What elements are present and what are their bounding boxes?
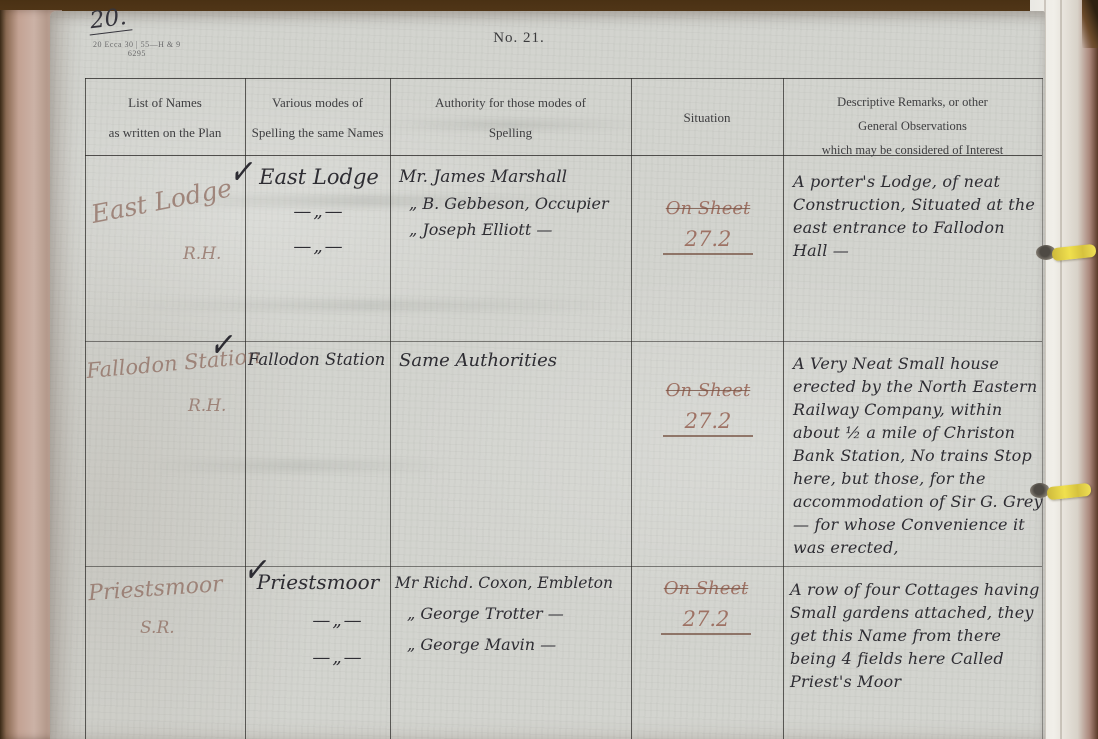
situation-sheet-ref: 27.2 [663,409,754,437]
situation-cell: On Sheet 27.2 [636,578,776,635]
authority-entry: „ George Mavin — [395,635,633,654]
spelling-cell: Priestsmoor —„— —„— [248,570,388,668]
authority-entry: „ George Trotter — [395,604,633,623]
header-line: Authority for those modes of [390,88,631,118]
surveyor-initials: S.R. [140,618,175,638]
header-list-of-names: List of Names as written on the Plan [85,88,245,148]
spelling-cell: Fallodon Station [248,350,388,369]
header-authority: Authority for those modes of Spelling [390,88,631,148]
header-line: Spelling [390,118,631,148]
header-line: Spelling the same Names [245,118,390,148]
authority-entry: Mr Richd. Coxon, Embleton [395,574,633,592]
surveyor-initials: R.H. [183,244,221,264]
header-line: Various modes of [245,88,390,118]
surveyor-initials: R.H. [188,396,226,416]
table-top-rule [85,78,1043,79]
printer-imprint-line2: 6295 [93,49,181,58]
ditto-mark: —„— [250,201,388,222]
spelling-entry: East Lodge [250,165,388,189]
header-situation: Situation [631,103,783,133]
spelling-entry: Priestsmoor [248,570,388,594]
header-line: General Observations [783,114,1042,138]
header-line: List of Names [85,88,245,118]
authority-entry: „ Joseph Elliott — [399,220,631,239]
ditto-mark: —„— [250,236,388,257]
header-modes-of-spelling: Various modes of Spelling the same Names [245,88,390,148]
situation-cell: On Sheet 27.2 [638,198,778,255]
spelling-entry: Fallodon Station [248,350,388,369]
header-line: Descriptive Remarks, or other [783,90,1042,114]
authority-cell: Same Authorities [399,350,631,378]
situation-cell: On Sheet 27.2 [638,380,778,437]
situation-label: On Sheet [638,198,778,219]
remarks-cell: A row of four Cottages having Small gard… [790,578,1044,693]
header-line: which may be considered of Interest [783,138,1042,162]
authority-cell: Mr. James Marshall „ B. Gebbeson, Occupi… [399,167,631,246]
column-rule [783,78,784,739]
photographed-name-book-page: 20. 20 Ecca 30 | 55—H & 9 6295 No. 21. L… [0,0,1098,739]
table-surface-corner [1082,0,1098,48]
page-edge-streak [1060,0,1062,739]
table-left-rule [85,78,86,739]
spelling-cell: East Lodge —„— —„— [250,165,388,257]
situation-label: On Sheet [636,578,776,599]
authority-entry: „ B. Gebbeson, Occupier [399,194,631,213]
authority-entry: Same Authorities [399,350,631,371]
situation-sheet-ref: 27.2 [661,607,752,635]
ditto-mark: —„— [248,647,388,668]
row-separator-rule [85,566,1042,567]
authority-entry: Mr. James Marshall [399,167,631,187]
header-line: Situation [631,103,783,133]
situation-label: On Sheet [638,380,778,401]
header-descriptive-remarks: Descriptive Remarks, or other General Ob… [783,90,1042,162]
authority-cell: Mr Richd. Coxon, Embleton „ George Trott… [395,574,633,661]
header-line: as written on the Plan [85,118,245,148]
sheet-number: No. 21. [0,30,1038,47]
remarks-cell: A Very Neat Small house erected by the N… [793,352,1043,559]
column-rule [390,78,391,739]
remarks-cell: A porter's Lodge, of neat Construction, … [793,170,1043,262]
ditto-mark: —„— [248,610,388,631]
situation-sheet-ref: 27.2 [663,227,754,255]
